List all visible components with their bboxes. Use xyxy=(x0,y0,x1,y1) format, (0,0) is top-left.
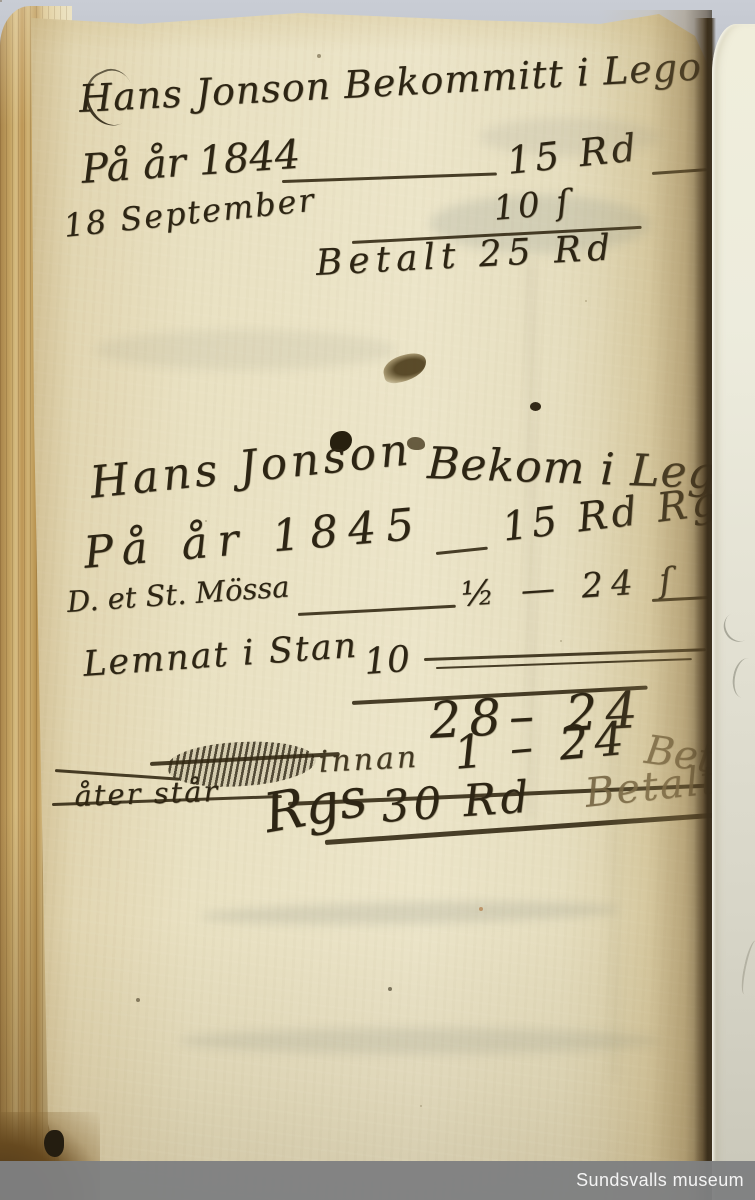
paper-specks xyxy=(0,0,2,2)
ink-blot xyxy=(44,1130,64,1157)
museum-credit: Sundsvalls museum xyxy=(576,1170,744,1191)
ink-bleed-through xyxy=(180,1028,660,1054)
faint-ink-mark xyxy=(718,607,755,647)
manuscript-photo: Hans Jonson Bekommitt i Lego På år 1844 … xyxy=(0,0,755,1200)
entry1844-amount-10s: 10 ſ xyxy=(492,185,573,226)
ink-bleed-through xyxy=(95,330,395,370)
entry1845-amount-30rd: 30 Rd xyxy=(380,775,534,829)
faint-ink-mark xyxy=(738,939,755,995)
entry1845-item-rest: åter står xyxy=(74,777,220,811)
watermark-bar: Sundsvalls museum xyxy=(0,1161,755,1200)
faint-ink-mark xyxy=(730,656,755,700)
ink-blot xyxy=(530,402,541,411)
adjacent-page xyxy=(712,24,755,1200)
entry1845-amount-10: 10 xyxy=(363,642,411,681)
